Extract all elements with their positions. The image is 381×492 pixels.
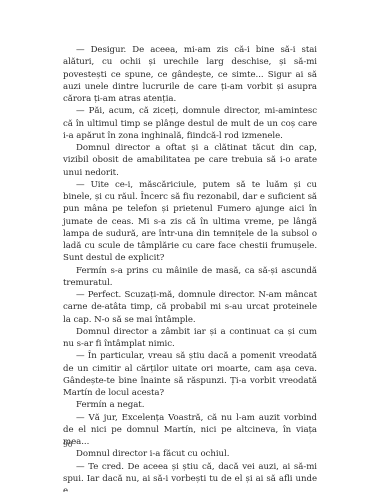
- paragraph: Fermín s-a prins cu mâinile de masă, ca …: [63, 265, 317, 290]
- paragraph: — Păi, acum, că ziceți, domnule director…: [63, 105, 317, 142]
- paragraph: Domnul director a zâmbit iar și a contin…: [63, 326, 317, 351]
- page-number: 90: [63, 440, 73, 449]
- paragraph: Domnul director i-a făcut cu ochiul.: [63, 448, 317, 460]
- paragraph: — Perfect. Scuzați-mă, domnule director.…: [63, 289, 317, 326]
- book-page: — Desigur. De aceea, mi-am zis că-i bine…: [0, 0, 381, 492]
- body-text: — Desigur. De aceea, mi-am zis că-i bine…: [63, 44, 317, 492]
- paragraph: Domnul director a oftat și a clătinat tă…: [63, 142, 317, 179]
- paragraph: — Desigur. De aceea, mi-am zis că-i bine…: [63, 44, 317, 105]
- paragraph: — Vă jur, Excelența Voastră, că nu l-am …: [63, 412, 317, 449]
- paragraph: — Uite ce-i, măscăriciule, putem să te l…: [63, 179, 317, 265]
- paragraph: Fermín a negat.: [63, 399, 317, 411]
- paragraph: — Te cred. De aceea și știu că, dacă vei…: [63, 461, 317, 492]
- paragraph: — În particular, vreau să știu dacă a po…: [63, 350, 317, 399]
